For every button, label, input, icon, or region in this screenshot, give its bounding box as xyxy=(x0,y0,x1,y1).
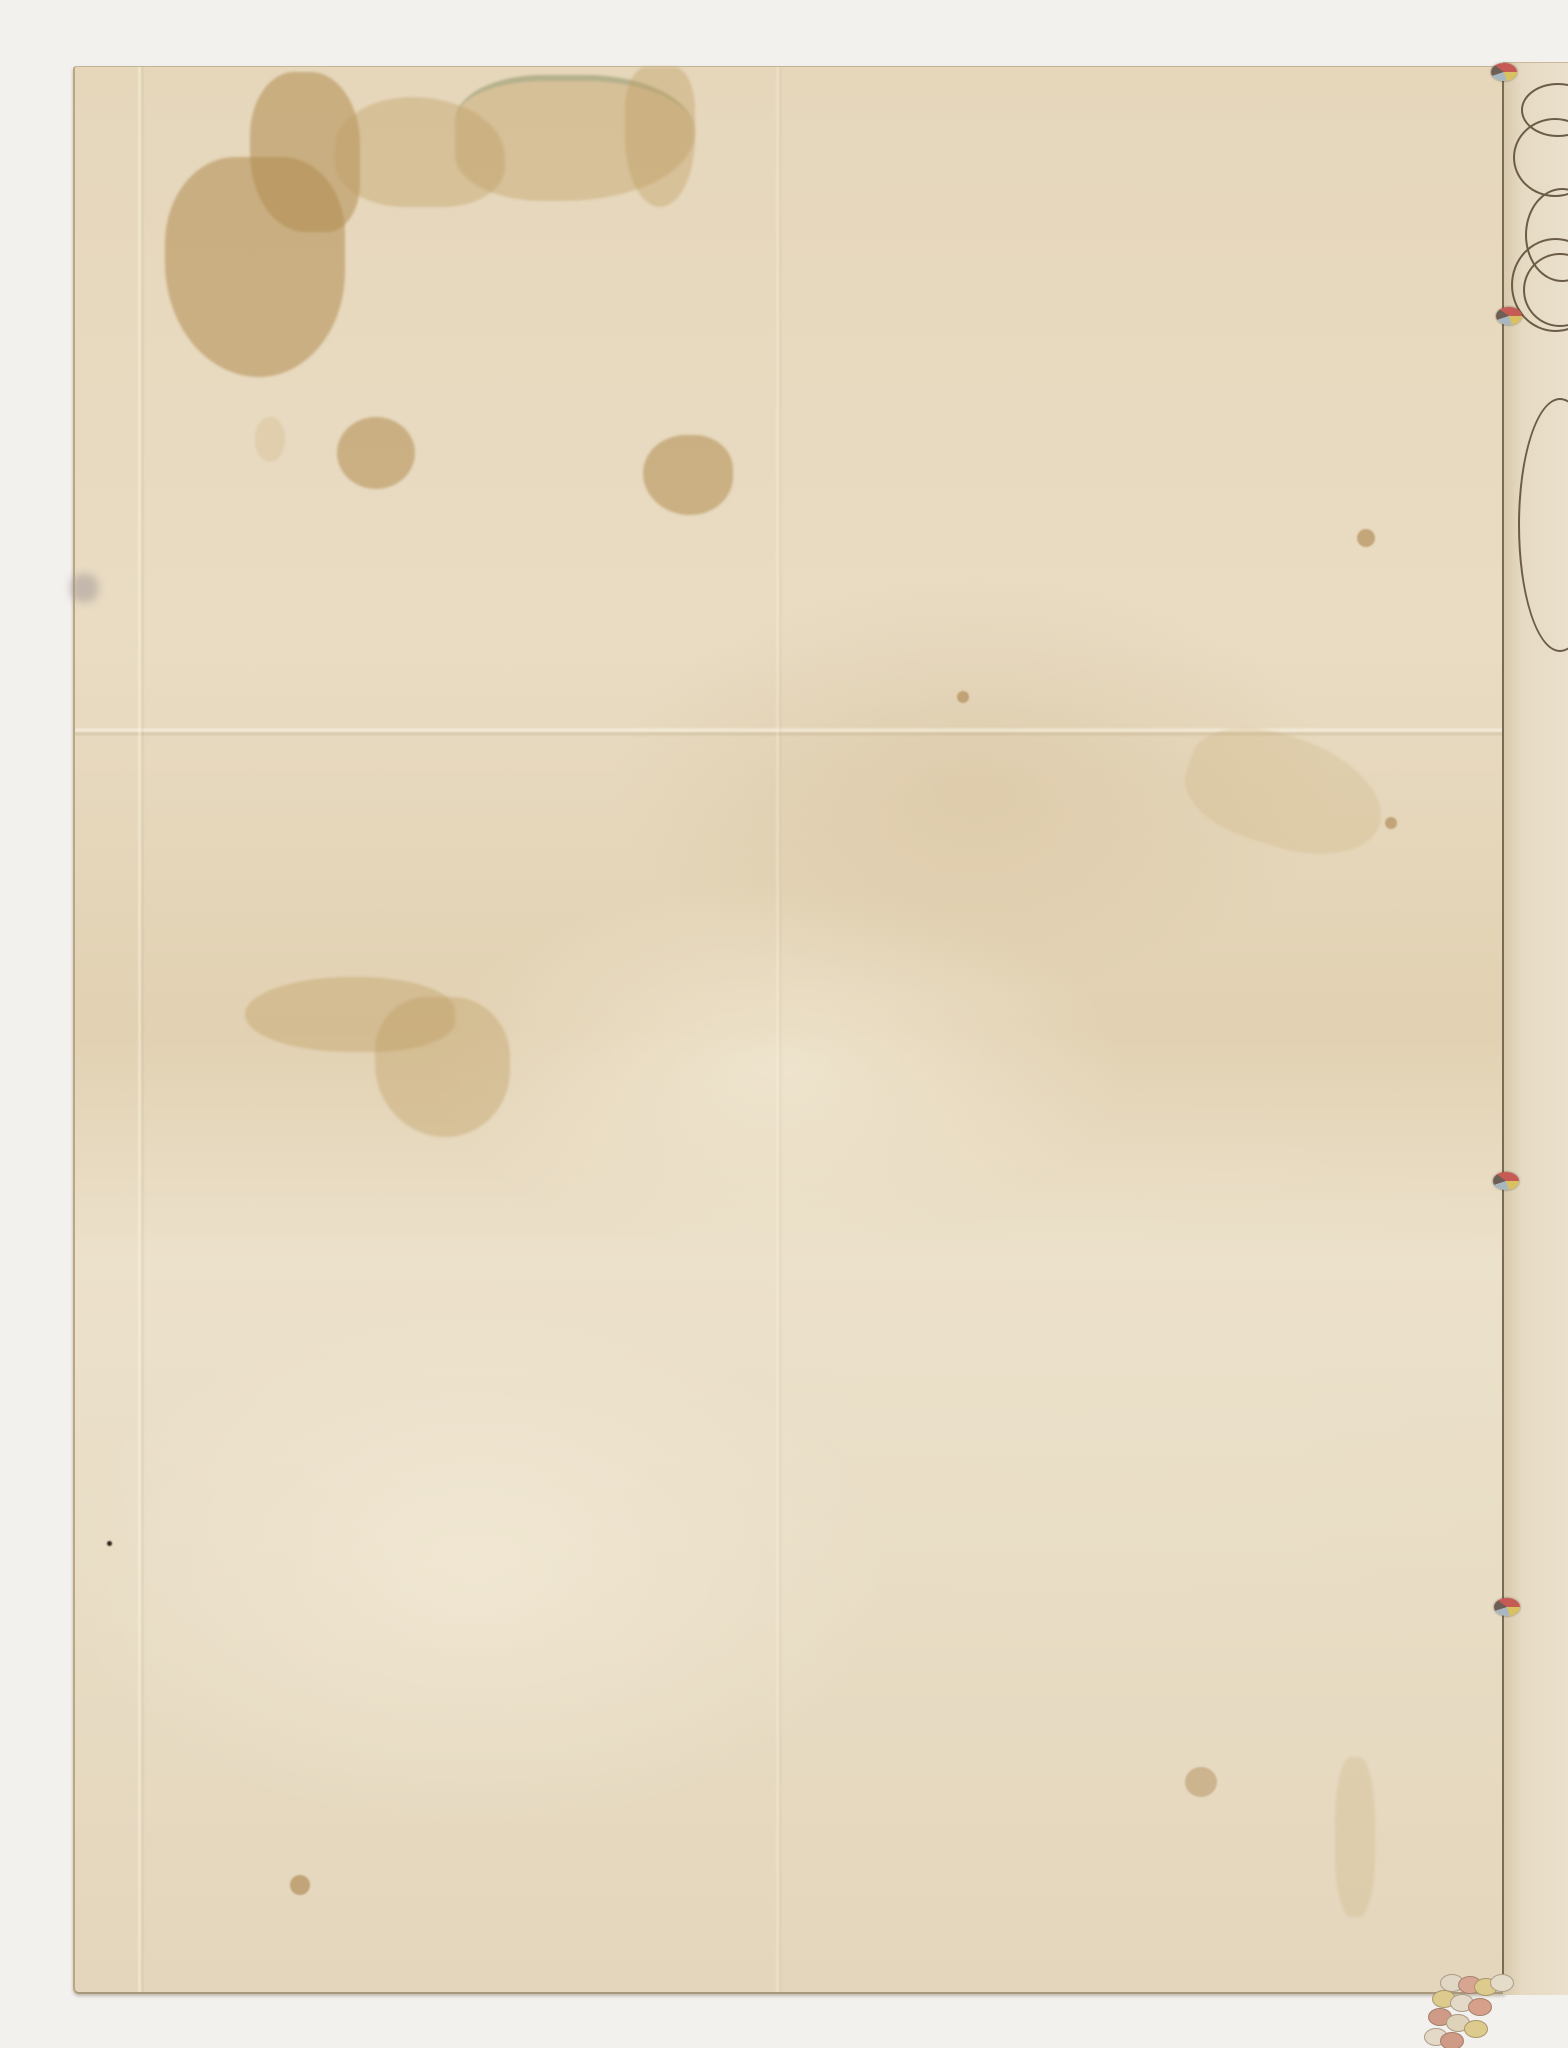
sewing-knot-top xyxy=(1491,63,1517,81)
foxing-spot xyxy=(1185,1767,1217,1797)
pen-flourish-loop xyxy=(1513,118,1568,197)
water-stain-drip xyxy=(625,67,695,207)
scanned-document xyxy=(0,0,1568,2048)
ink-dot xyxy=(107,1541,112,1546)
binding-cord-tassel xyxy=(1420,1972,1520,2048)
right-page-edge xyxy=(1503,62,1568,1995)
foxing-spot xyxy=(1385,817,1397,829)
sewing-knot xyxy=(1493,1172,1519,1190)
scan-artifact xyxy=(70,574,98,602)
left-parchment-page xyxy=(73,66,1505,1994)
faint-spot xyxy=(255,417,285,462)
sewing-knot xyxy=(1496,307,1522,325)
binding-gutter xyxy=(1502,66,1504,1991)
vertical-fold-line-center xyxy=(775,67,783,1992)
pen-flourish-oval xyxy=(1518,398,1568,652)
sewing-knot xyxy=(1494,1598,1520,1616)
round-stain-2 xyxy=(643,435,733,515)
vertical-fold-line xyxy=(137,67,145,1992)
faint-streak xyxy=(1335,1757,1375,1917)
round-stain xyxy=(337,417,415,489)
foxing-spot xyxy=(290,1875,310,1895)
foxing-spot xyxy=(1357,529,1375,547)
foxing-spot xyxy=(957,691,969,703)
water-stain-mid-lower xyxy=(375,997,510,1137)
